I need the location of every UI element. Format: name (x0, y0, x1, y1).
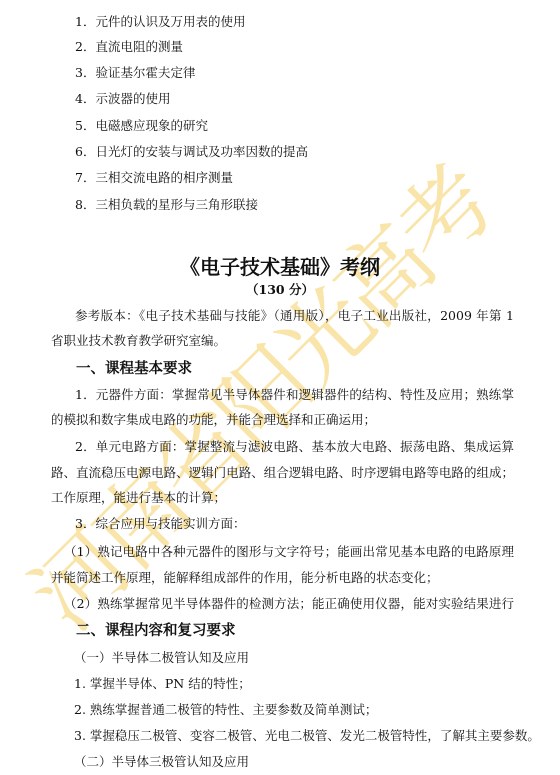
subsection-heading-2: （二）半导体三极管认知及应用 (74, 754, 249, 770)
requirement-1-line-2: 的模拟和数字集成电路的功能，并能合理选择和正确运用； (51, 412, 376, 428)
list-item: 6．日光灯的安装与调试及功率因数的提高 (75, 144, 308, 160)
list-item: 2. 熟练掌握普通二极管的特性、主要参数及简单测试； (74, 702, 377, 718)
list-item: 4．示波器的使用 (75, 91, 170, 107)
score-subtitle: （130 分） (0, 282, 560, 298)
subsection-heading-1: （一）半导体二极管认知及应用 (74, 650, 249, 666)
list-item: 1．元件的认识及万用表的使用 (75, 14, 245, 30)
requirement-3-sub-1-line-2: 并能简述工作原理，能解释组成部件的作用，能分析电路的状态变化； (51, 570, 439, 586)
requirement-1-line-1: 1．元器件方面：掌握常见半导体器件和逻辑器件的结构、特性及应用；熟练掌握常见 (75, 387, 514, 403)
list-item: 3. 掌握稳压二极管、变容二极管、光电二极管、发光二极管特性，了解其主要参数。 (74, 728, 540, 744)
list-item: 2．直流电阻的测量 (75, 39, 183, 55)
requirement-3-sub-1-line-1: （1）熟记电路中各种元器件的图形与文字符号；能画出常见基本电路的电路原理图， (64, 544, 514, 560)
document-page: 河南省阳光高考 1．元件的认识及万用表的使用 2．直流电阻的测量 3．验证基尔霍… (0, 0, 560, 775)
section-heading-1: 一、课程基本要求 (76, 360, 192, 378)
list-item: 8．三相负载的星形与三角形联接 (75, 197, 258, 213)
document-content: 1．元件的认识及万用表的使用 2．直流电阻的测量 3．验证基尔霍夫定律 4．示波… (0, 0, 560, 775)
requirement-2-line-1: 2．单元电路方面：掌握整流与滤波电路、基本放大电路、振荡电路、集成运算放大电 (75, 439, 514, 455)
reference-line-2: 省职业技术教育教学研究室编。 (51, 333, 226, 349)
list-item: 5．电磁感应现象的研究 (75, 118, 208, 134)
list-item: 3．验证基尔霍夫定律 (75, 65, 195, 81)
requirement-3-label: 3．综合应用与技能实训方面： (75, 516, 245, 532)
section-heading-2: 二、课程内容和复习要求 (76, 622, 236, 640)
list-item: 7．三相交流电路的相序测量 (75, 170, 233, 186)
page-title: 《电子技术基础》考纲 (0, 255, 560, 279)
reference-line-1: 参考版本：《电子技术基础与技能》（通用版），电子工业出版社，2009 年第 1 … (75, 308, 514, 324)
requirement-3-sub-2: （2）熟练掌握常见半导体器件的检测方法；能正确使用仪器，能对实验结果进行分析。 (64, 596, 514, 612)
list-item: 1. 掌握半导体、PN 结的特性； (74, 676, 251, 692)
requirement-2-line-2: 路、直流稳压电源电路、逻辑门电路、组合逻辑电路、时序逻辑电路等电路的组成；理解其 (51, 465, 514, 481)
requirement-2-line-3: 工作原理，能进行基本的计算； (51, 490, 226, 506)
